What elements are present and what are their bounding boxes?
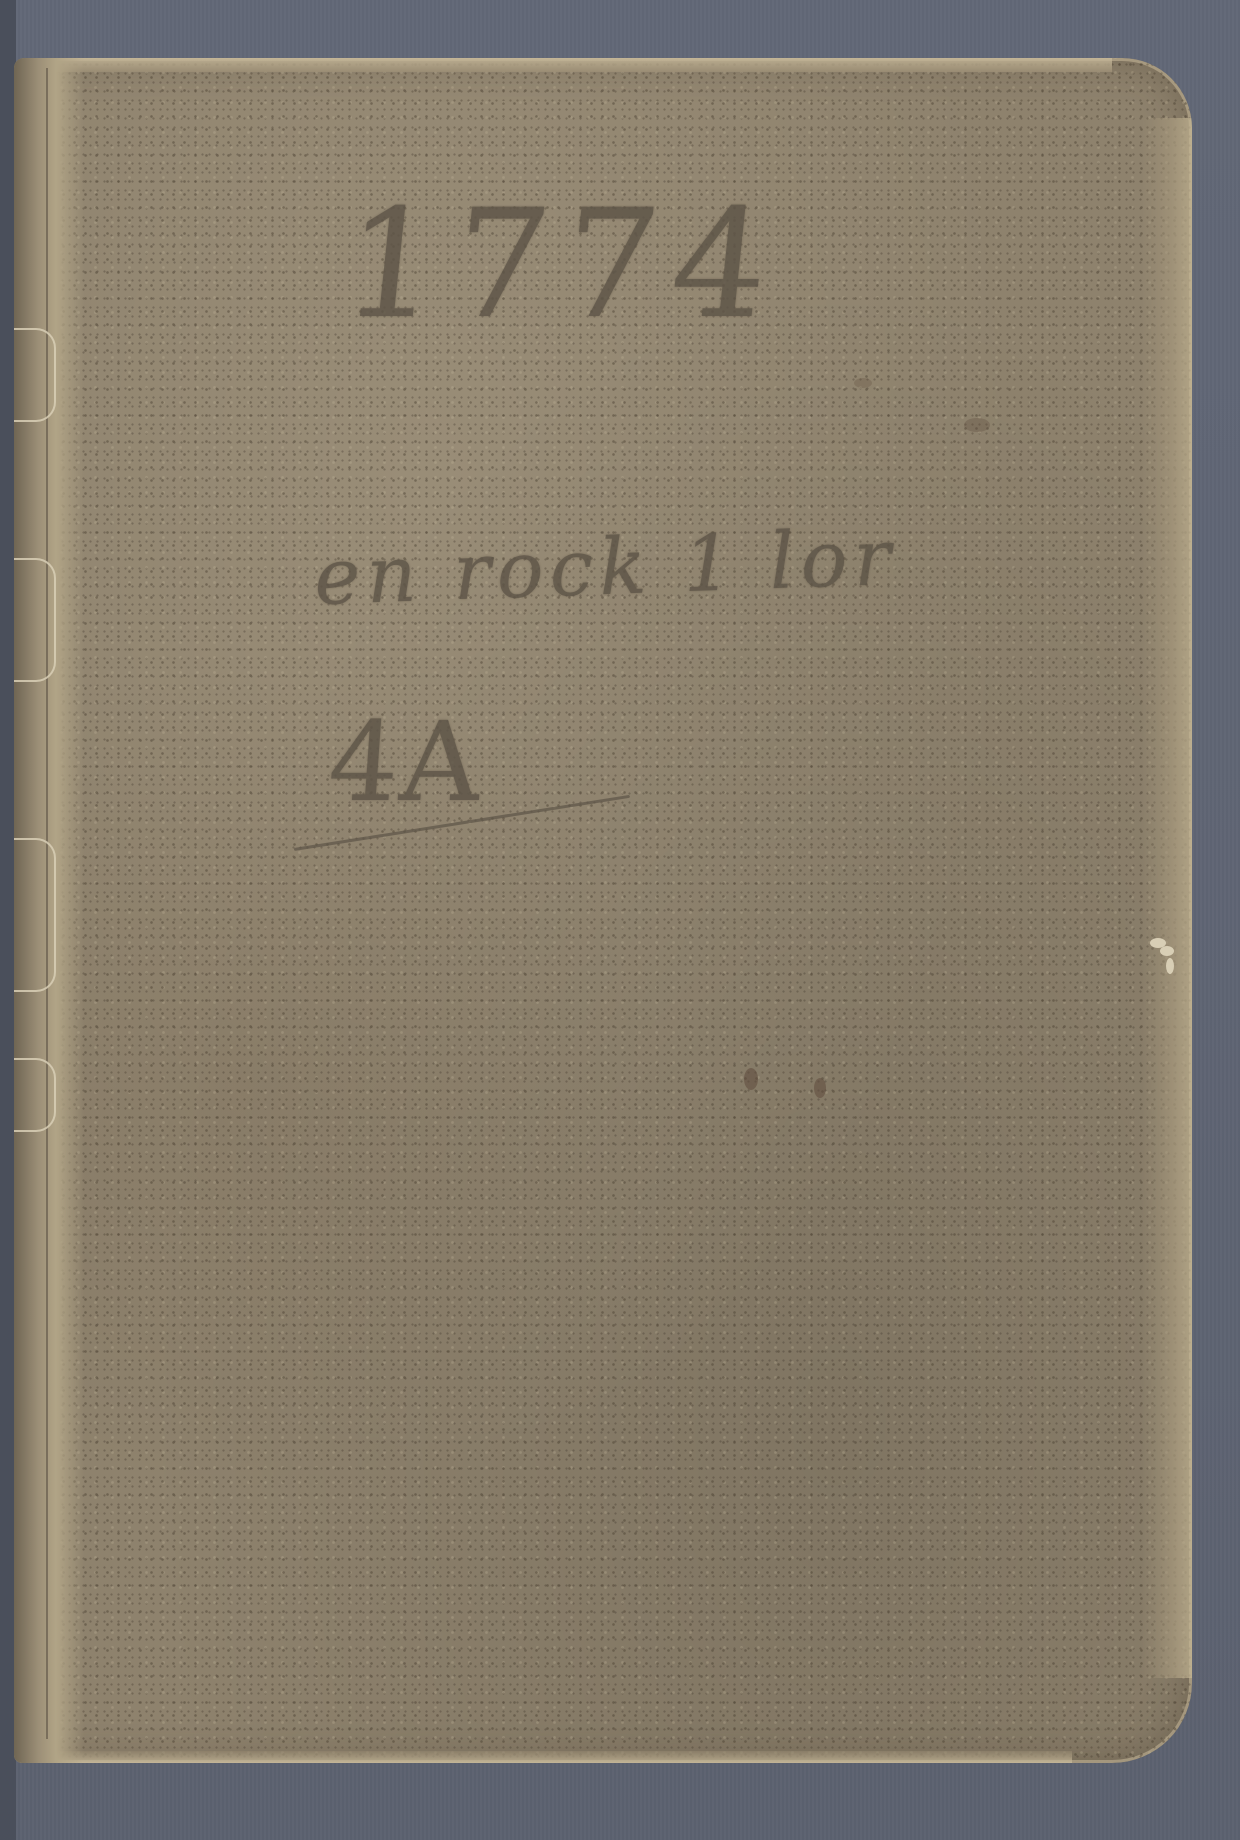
spine-stitch: [14, 328, 56, 422]
spine-stitch: [14, 1058, 56, 1132]
ink-stain: [854, 378, 872, 388]
ink-stain: [814, 1078, 826, 1098]
ink-stain: [964, 418, 990, 432]
inscription-shelfmark: 4A: [325, 698, 487, 826]
cover-fore-edge: [1142, 118, 1192, 1678]
cover-bottom-edge: [14, 1751, 1072, 1763]
ink-stain: [744, 1068, 758, 1090]
inscription-year: 1774: [335, 178, 791, 352]
spine-stitch: [14, 558, 56, 682]
book-cover: 1774 en rock 1 lor 4A: [14, 58, 1192, 1763]
thread-tie: [1142, 918, 1182, 978]
cover-top-edge: [24, 58, 1112, 72]
spine-stitch: [14, 838, 56, 992]
